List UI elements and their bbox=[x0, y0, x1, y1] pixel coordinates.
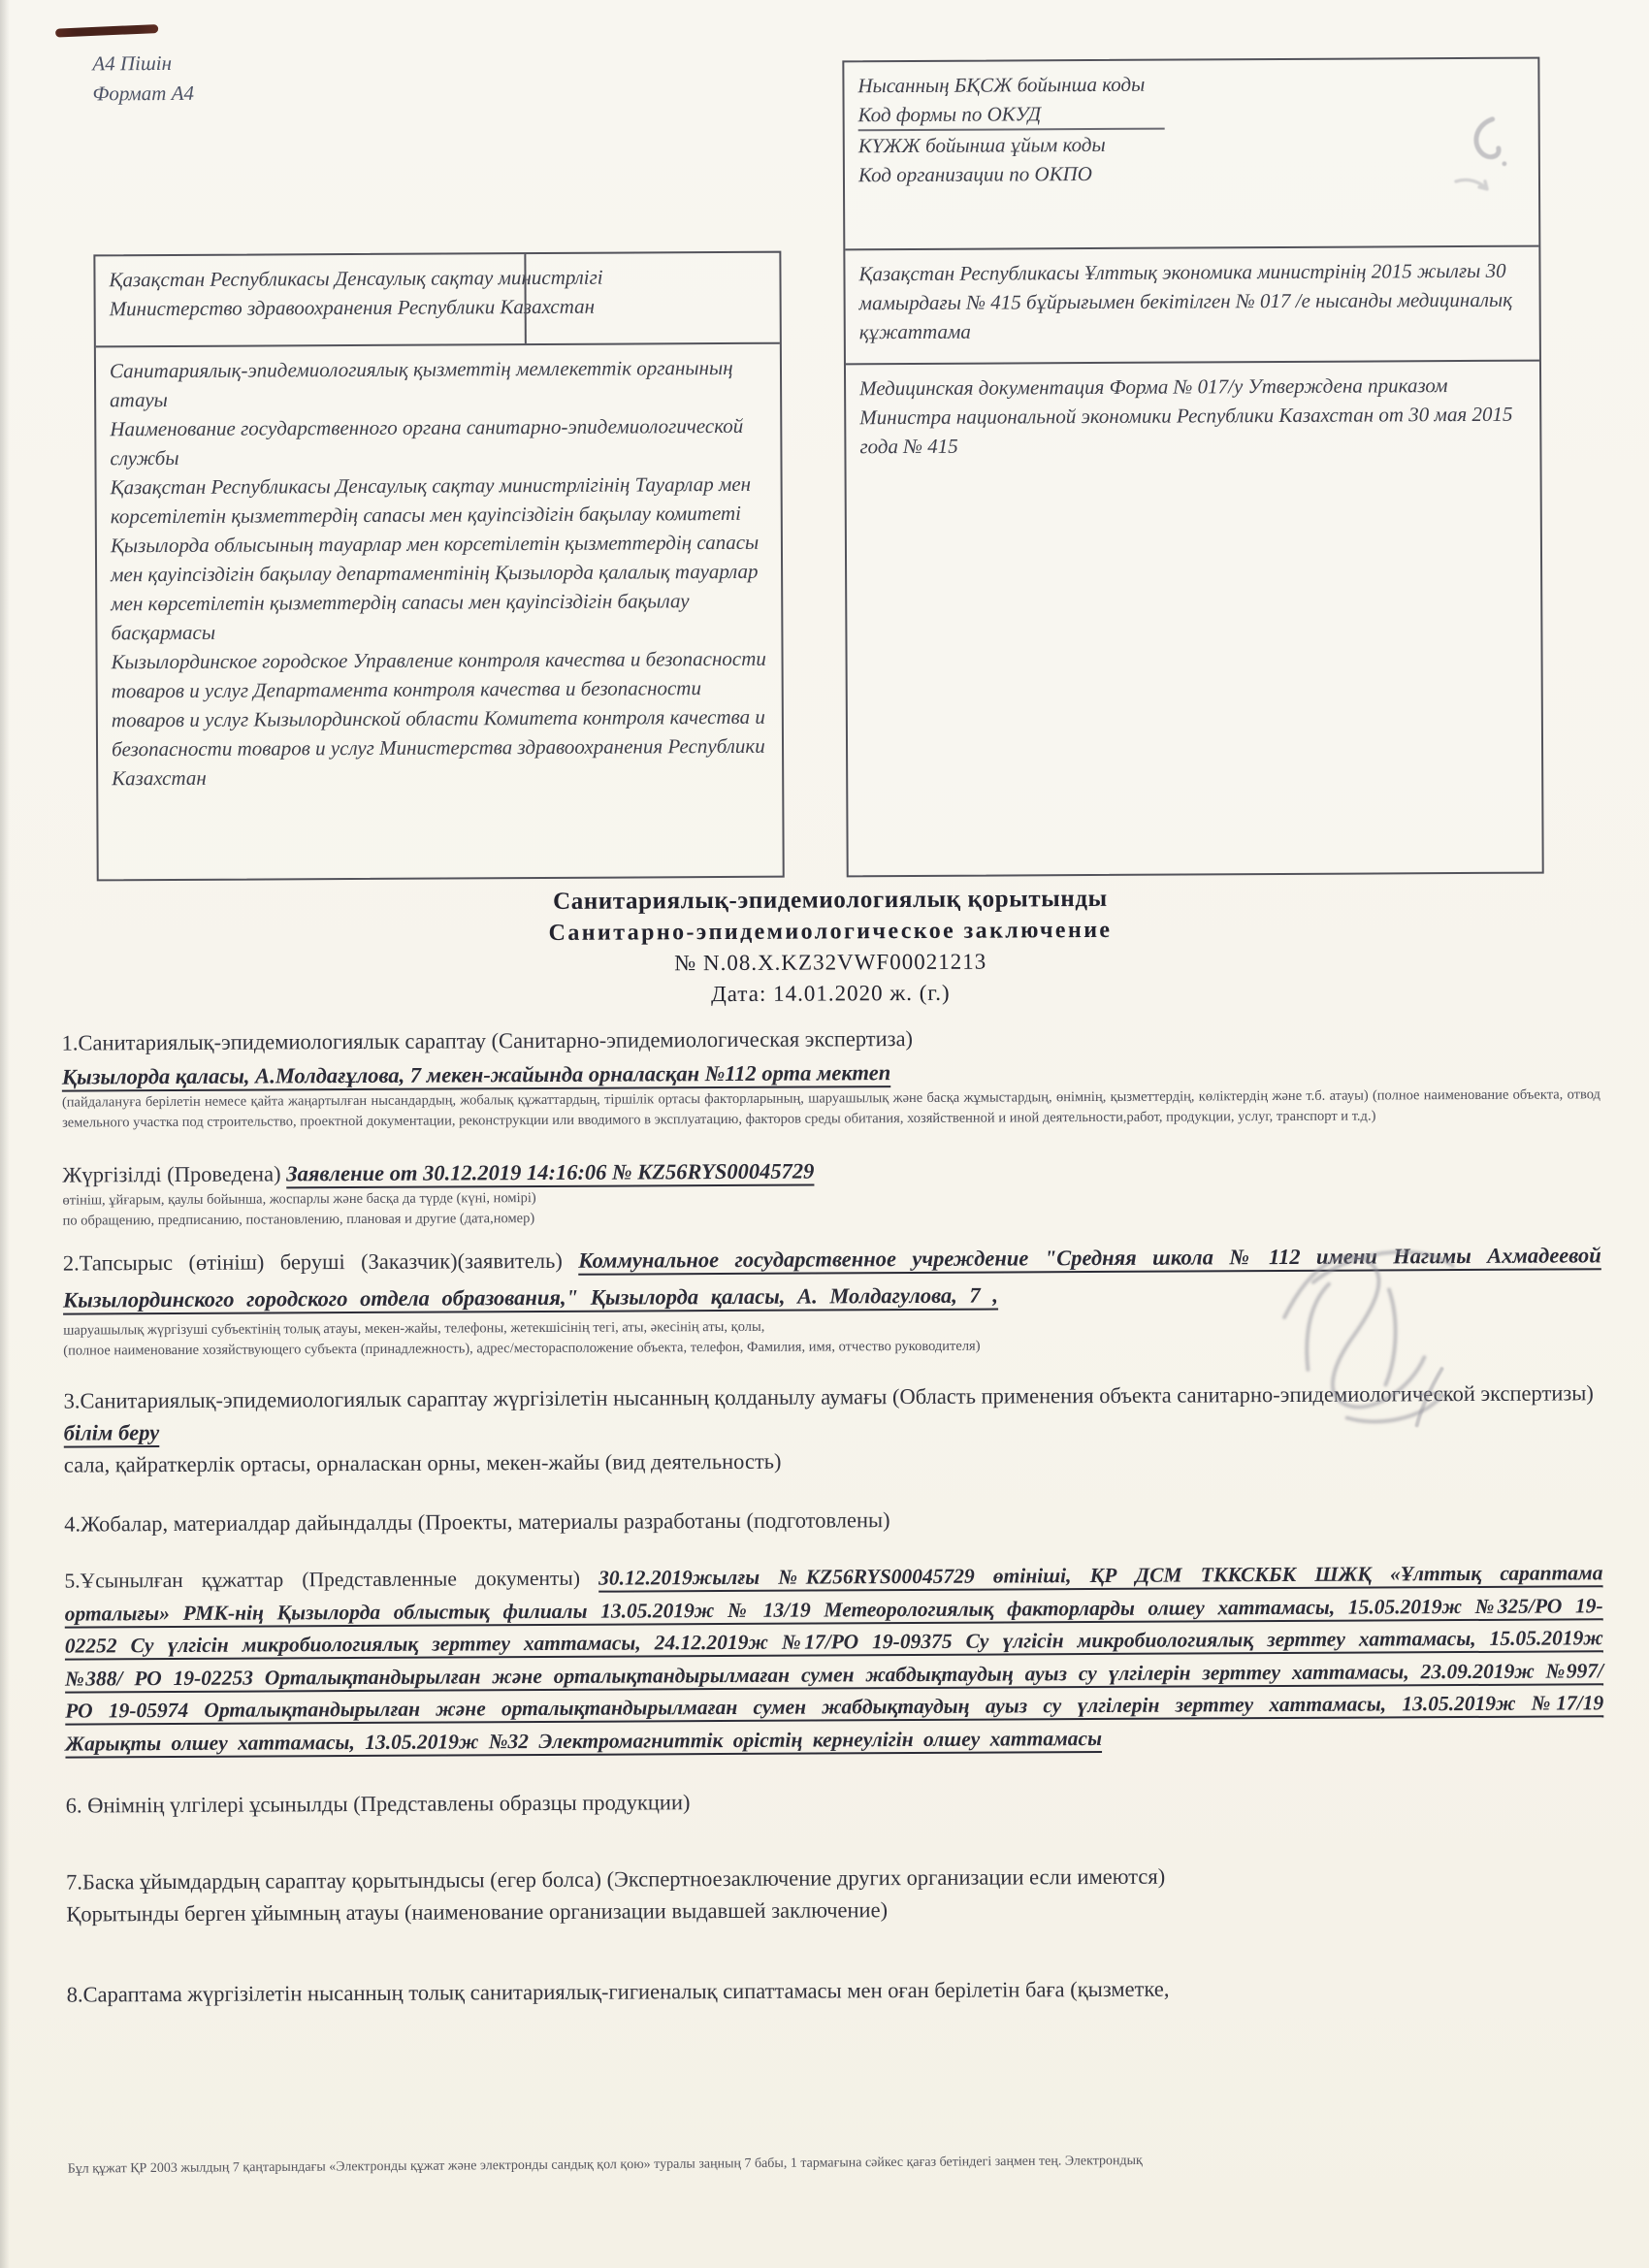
okpo-code-label-kk: КҮЖЖ бойынша ұйым коды bbox=[858, 128, 1525, 161]
section-7-line2: Қорытынды берген ұйымның атауы (наименов… bbox=[66, 1890, 1604, 1929]
conducted-line: Жүргізілді (Проведена) Заявление от 30.1… bbox=[62, 1150, 1600, 1231]
section-5-label: 5.Ұсынылған құжаттар (Представленные док… bbox=[64, 1567, 598, 1593]
faint-stamp-smudge bbox=[1253, 1221, 1497, 1450]
section-8-heading: 8.Сараптама жүргізілетін нысанның толық … bbox=[67, 1970, 1605, 2010]
header-left-column: Қазақстан Республикасы Денсаулық сақтау … bbox=[93, 251, 784, 882]
document-title-block: Санитариялық-эпидемиологиялық қорытынды … bbox=[61, 881, 1600, 1013]
section-2-label: 2.Тапсырыс (өтініш) беруші (Заказчик)(за… bbox=[63, 1248, 579, 1276]
ministry-name-ru: Министерство здравоохранения Республики … bbox=[110, 291, 766, 324]
ministry-name-kk: Қазақстан Республикасы Денсаулық сақтау … bbox=[109, 262, 765, 295]
organ-label-ru: Наименование государственного органа сан… bbox=[110, 411, 766, 473]
issuing-organ-cell: Санитариялық-эпидемиологиялық қызметтің … bbox=[96, 344, 783, 880]
paper-format-kk: А4 Пішін bbox=[92, 49, 194, 80]
okpo-code-label-ru: Код организации по ОКПО bbox=[858, 157, 1525, 190]
conducted-label: Жүргізілді (Проведена) bbox=[62, 1161, 286, 1186]
marker-stroke-artifact bbox=[55, 24, 158, 38]
section-1-heading: 1.Санитариялық-эпидемиологиялык сараптау… bbox=[62, 1019, 1600, 1058]
scan-smudge-mid-right bbox=[1408, 1363, 1453, 1431]
section-4-heading: 4.Жобалар, материалдар дайындалды (Проек… bbox=[64, 1500, 1602, 1539]
okud-code-label-ru: Код формы по ОКУД bbox=[858, 97, 1525, 130]
paper-format-label: А4 Пішін Формат А4 bbox=[92, 49, 194, 110]
section-1: 1.Санитариялық-эпидемиологиялык сараптау… bbox=[62, 1019, 1601, 1133]
legal-footnote: Бұл құжат ҚР 2003 жылдың 7 қаңтарындағы … bbox=[68, 2148, 1616, 2180]
section-6-heading: 6. Өнімнің үлгілері ұсынылды (Представле… bbox=[66, 1781, 1604, 1821]
section-1-footnote: (пайдалануға берілетін немесе қайта жаңа… bbox=[62, 1085, 1600, 1133]
page-content: А4 Пішін Формат А4 Нысанның БҚСЖ бойынша… bbox=[0, 0, 1649, 2268]
form-code-box: Нысанның БҚСЖ бойынша коды Код формы по … bbox=[844, 59, 1538, 251]
okud-code-label-kk: Нысанның БҚСЖ бойынша коды bbox=[857, 68, 1524, 101]
section-5-paragraph: 5.Ұсынылған құжаттар (Представленные док… bbox=[64, 1557, 1603, 1760]
conducted-value: Заявление от 30.12.2019 14:16:06 № KZ56R… bbox=[286, 1159, 814, 1186]
organ-name-kk: Қазақстан Республикасы Денсаулық сақтау … bbox=[111, 470, 768, 648]
scan-smudge-arrow bbox=[1452, 174, 1495, 199]
ministry-cell: Қазақстан Республикасы Денсаулық сақтау … bbox=[95, 253, 779, 348]
scanned-document-page: А4 Пішін Формат А4 Нысанның БҚСЖ бойынша… bbox=[0, 0, 1649, 2268]
approval-order-cell: Қазақстан Республикасы Ұлттық экономика … bbox=[845, 247, 1539, 366]
medical-doc-form-cell: Медицинская документация Форма № 017/у У… bbox=[846, 362, 1542, 876]
header-right-column: Нысанның БҚСЖ бойынша коды Код формы по … bbox=[842, 57, 1543, 878]
organ-name-ru: Кызылординское городское Управление конт… bbox=[111, 644, 768, 794]
scan-smudge-top-right bbox=[1464, 112, 1512, 170]
paper-format-ru: Формат А4 bbox=[92, 79, 194, 110]
section-7: 7.Баска ұйымдардың сараптау қорытындысы … bbox=[66, 1858, 1604, 1929]
organ-label-kk: Санитариялық-эпидемиологиялық қызметтің … bbox=[110, 353, 766, 415]
